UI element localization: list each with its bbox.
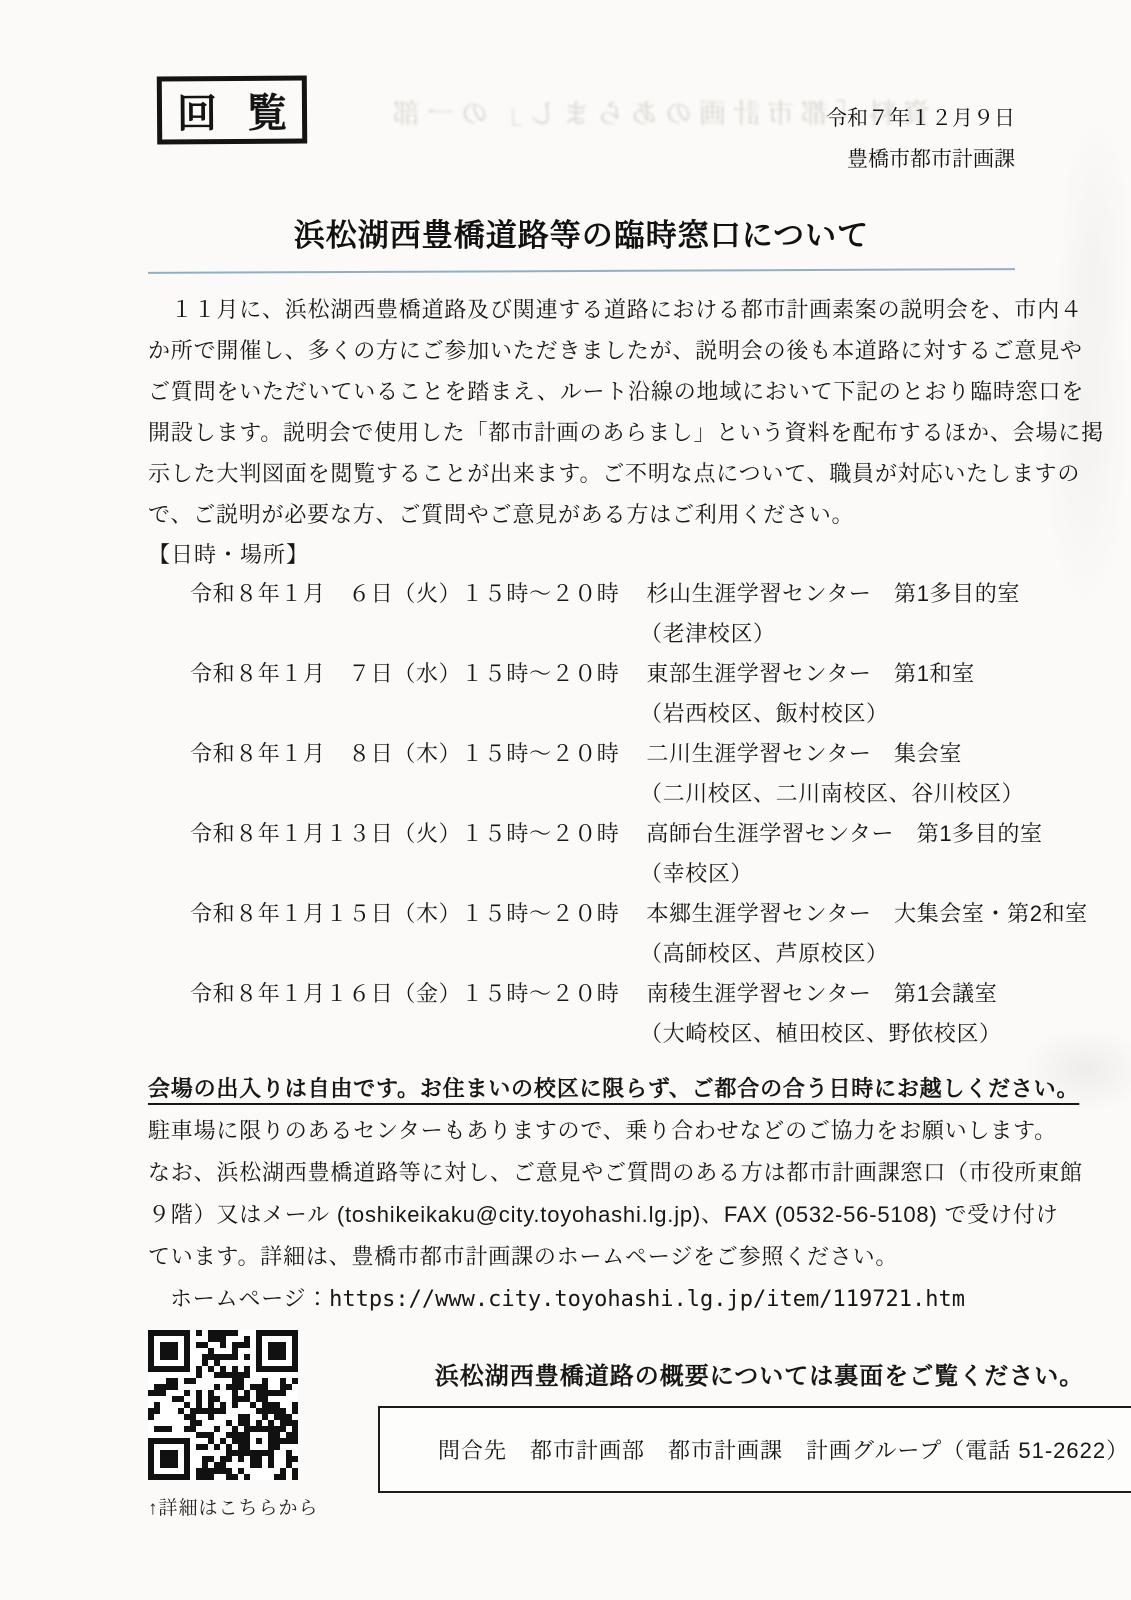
schedule-row: 令和８年１月 ７日（水）１５時～２０時東部生涯学習センター 第1和室 （岩西校区… [148, 654, 1015, 734]
intro-paragraph: １１月に、浜松湖西豊橋道路及び関連する道路における都市計画素案の説明会を、市内４… [148, 289, 1015, 535]
schedule-datetime: 令和８年１月 ８日（木）１５時～２０時 [190, 741, 619, 766]
title-underline [148, 268, 1015, 274]
note-line: 駐車場に限りのあるセンターもありますので、乗り合わせなどのご協力をお願いします。 [148, 1110, 1015, 1152]
footer-section: ↑詳細はこちらから 浜松湖西豊橋道路の概要については裏面をご覧ください。 問合先… [148, 1330, 1015, 1520]
schedule-datetime: 令和８年１月１６日（金）１５時～２０時 [190, 981, 619, 1006]
schedule-datetime: 令和８年１月１５日（木）１５時～２０時 [190, 901, 619, 926]
schedule-row: 令和８年１月 ６日（火）１５時～２０時杉山生涯学習センター 第1多目的室 （老津… [148, 574, 1015, 654]
note-line: なお、浜松湖西豊橋道路等に対し、ご意見やご質問のある方は都市計画課窓口（市役所東… [148, 1152, 1015, 1194]
intro-line: で、ご説明が必要な方、ご質問やご意見がある方はご利用ください。 [148, 494, 1015, 535]
schedule-datetime: 令和８年１月１３日（火）１５時～２０時 [190, 821, 619, 846]
schedule-venue: 南稜生涯学習センター 第1会議室 [646, 981, 997, 1006]
schedule-districts: （幸校区） [640, 854, 1015, 894]
schedule-venue: 本郷生涯学習センター 大集会室・第2和室 [646, 901, 1087, 926]
document-page: 回覧 資料「都市計画のあらまし」の一部 令和７年１２月９日 豊橋市都市計画課 浜… [0, 0, 1131, 1600]
issuing-department: 豊橋市都市計画課 [826, 139, 1015, 180]
schedule-districts: （高師校区、芦原校区） [640, 934, 1015, 974]
homepage-label: ホームページ： [170, 1286, 329, 1311]
schedule-venue: 杉山生涯学習センター 第1多目的室 [646, 581, 1020, 606]
schedule-districts: （岩西校区、飯村校区） [640, 694, 1015, 734]
schedule-venue: 二川生涯学習センター 集会室 [646, 741, 962, 766]
contact-text: 問合先 都市計画部 都市計画課 計画グループ（電話 51-2622） [438, 1438, 1129, 1463]
intro-line: ご質問をいただいていることを踏まえ、ルート沿線の地域において下記のとおり臨時窓口… [148, 371, 1015, 412]
qr-caption: ↑詳細はこちらから [148, 1493, 338, 1520]
intro-line: １１月に、浜松湖西豊橋道路及び関連する道路における都市計画素案の説明会を、市内４ [148, 289, 1015, 330]
intro-line: か所で開催し、多くの方にご参加いただきましたが、説明会の後も本道路に対するご意見… [148, 330, 1015, 371]
schedule-venue: 東部生涯学習センター 第1和室 [646, 661, 974, 686]
schedule-row: 令和８年１月１３日（火）１５時～２０時高師台生涯学習センター 第1多目的室 （幸… [148, 814, 1015, 894]
schedule-list: 令和８年１月 ６日（火）１５時～２０時杉山生涯学習センター 第1多目的室 （老津… [148, 574, 1015, 1054]
emphasis-note: 会場の出入りは自由です。お住まいの校区に限らず、ご都合の合う日時にお越しください… [148, 1068, 1015, 1110]
contact-box: 問合先 都市計画部 都市計画課 計画グループ（電話 51-2622） [378, 1406, 1131, 1493]
schedule-row: 令和８年１月１５日（木）１５時～２０時本郷生涯学習センター 大集会室・第2和室 … [148, 894, 1015, 974]
schedule-districts: （老津校区） [640, 614, 1015, 654]
schedule-datetime: 令和８年１月 ７日（水）１５時～２０時 [190, 661, 619, 686]
schedule-venue: 高師台生涯学習センター 第1多目的室 [646, 821, 1042, 846]
schedule-districts: （大崎校区、植田校区、野依校区） [640, 1014, 1015, 1054]
schedule-heading: 【日時・場所】 [148, 536, 1015, 574]
schedule-row: 令和８年１月 ８日（木）１５時～２０時二川生涯学習センター 集会室 （二川校区、… [148, 734, 1015, 814]
qr-code [148, 1330, 298, 1480]
intro-line: 示した大判図面を閲覧することが出来ます。ご不明な点について、職員が対応いたします… [148, 453, 1015, 494]
circulation-stamp: 回覧 [157, 75, 307, 144]
document-header: 回覧 資料「都市計画のあらまし」の一部 令和７年１２月９日 豊橋市都市計画課 [148, 0, 1015, 168]
page-title: 浜松湖西豊橋道路等の臨時窓口について [148, 210, 1015, 255]
note-line: ９階）又はメール (toshikeikaku@city.toyohashi.lg… [148, 1194, 1015, 1236]
intro-line: 開設します。説明会で使用した「都市計画のあらまし」という資料を配布するほか、会場… [148, 412, 1015, 453]
issue-date: 令和７年１２月９日 [826, 98, 1015, 139]
homepage-url: https://www.city.toyohashi.lg.jp/item/11… [329, 1287, 965, 1312]
schedule-districts: （二川校区、二川南校区、谷川校区） [640, 774, 1015, 814]
schedule-datetime: 令和８年１月 ６日（火）１５時～２０時 [190, 581, 619, 606]
schedule-row: 令和８年１月１６日（金）１５時～２０時南稜生涯学習センター 第1会議室 （大崎校… [148, 974, 1015, 1054]
notes-section: 会場の出入りは自由です。お住まいの校区に限らず、ご都合の合う日時にお越しください… [148, 1068, 1015, 1320]
note-line: ています。詳細は、豊橋市都市計画課のホームページをご参照ください。 [148, 1236, 1015, 1278]
back-side-note: 浜松湖西豊橋道路の概要については裏面をご覧ください。 [378, 1356, 1131, 1391]
